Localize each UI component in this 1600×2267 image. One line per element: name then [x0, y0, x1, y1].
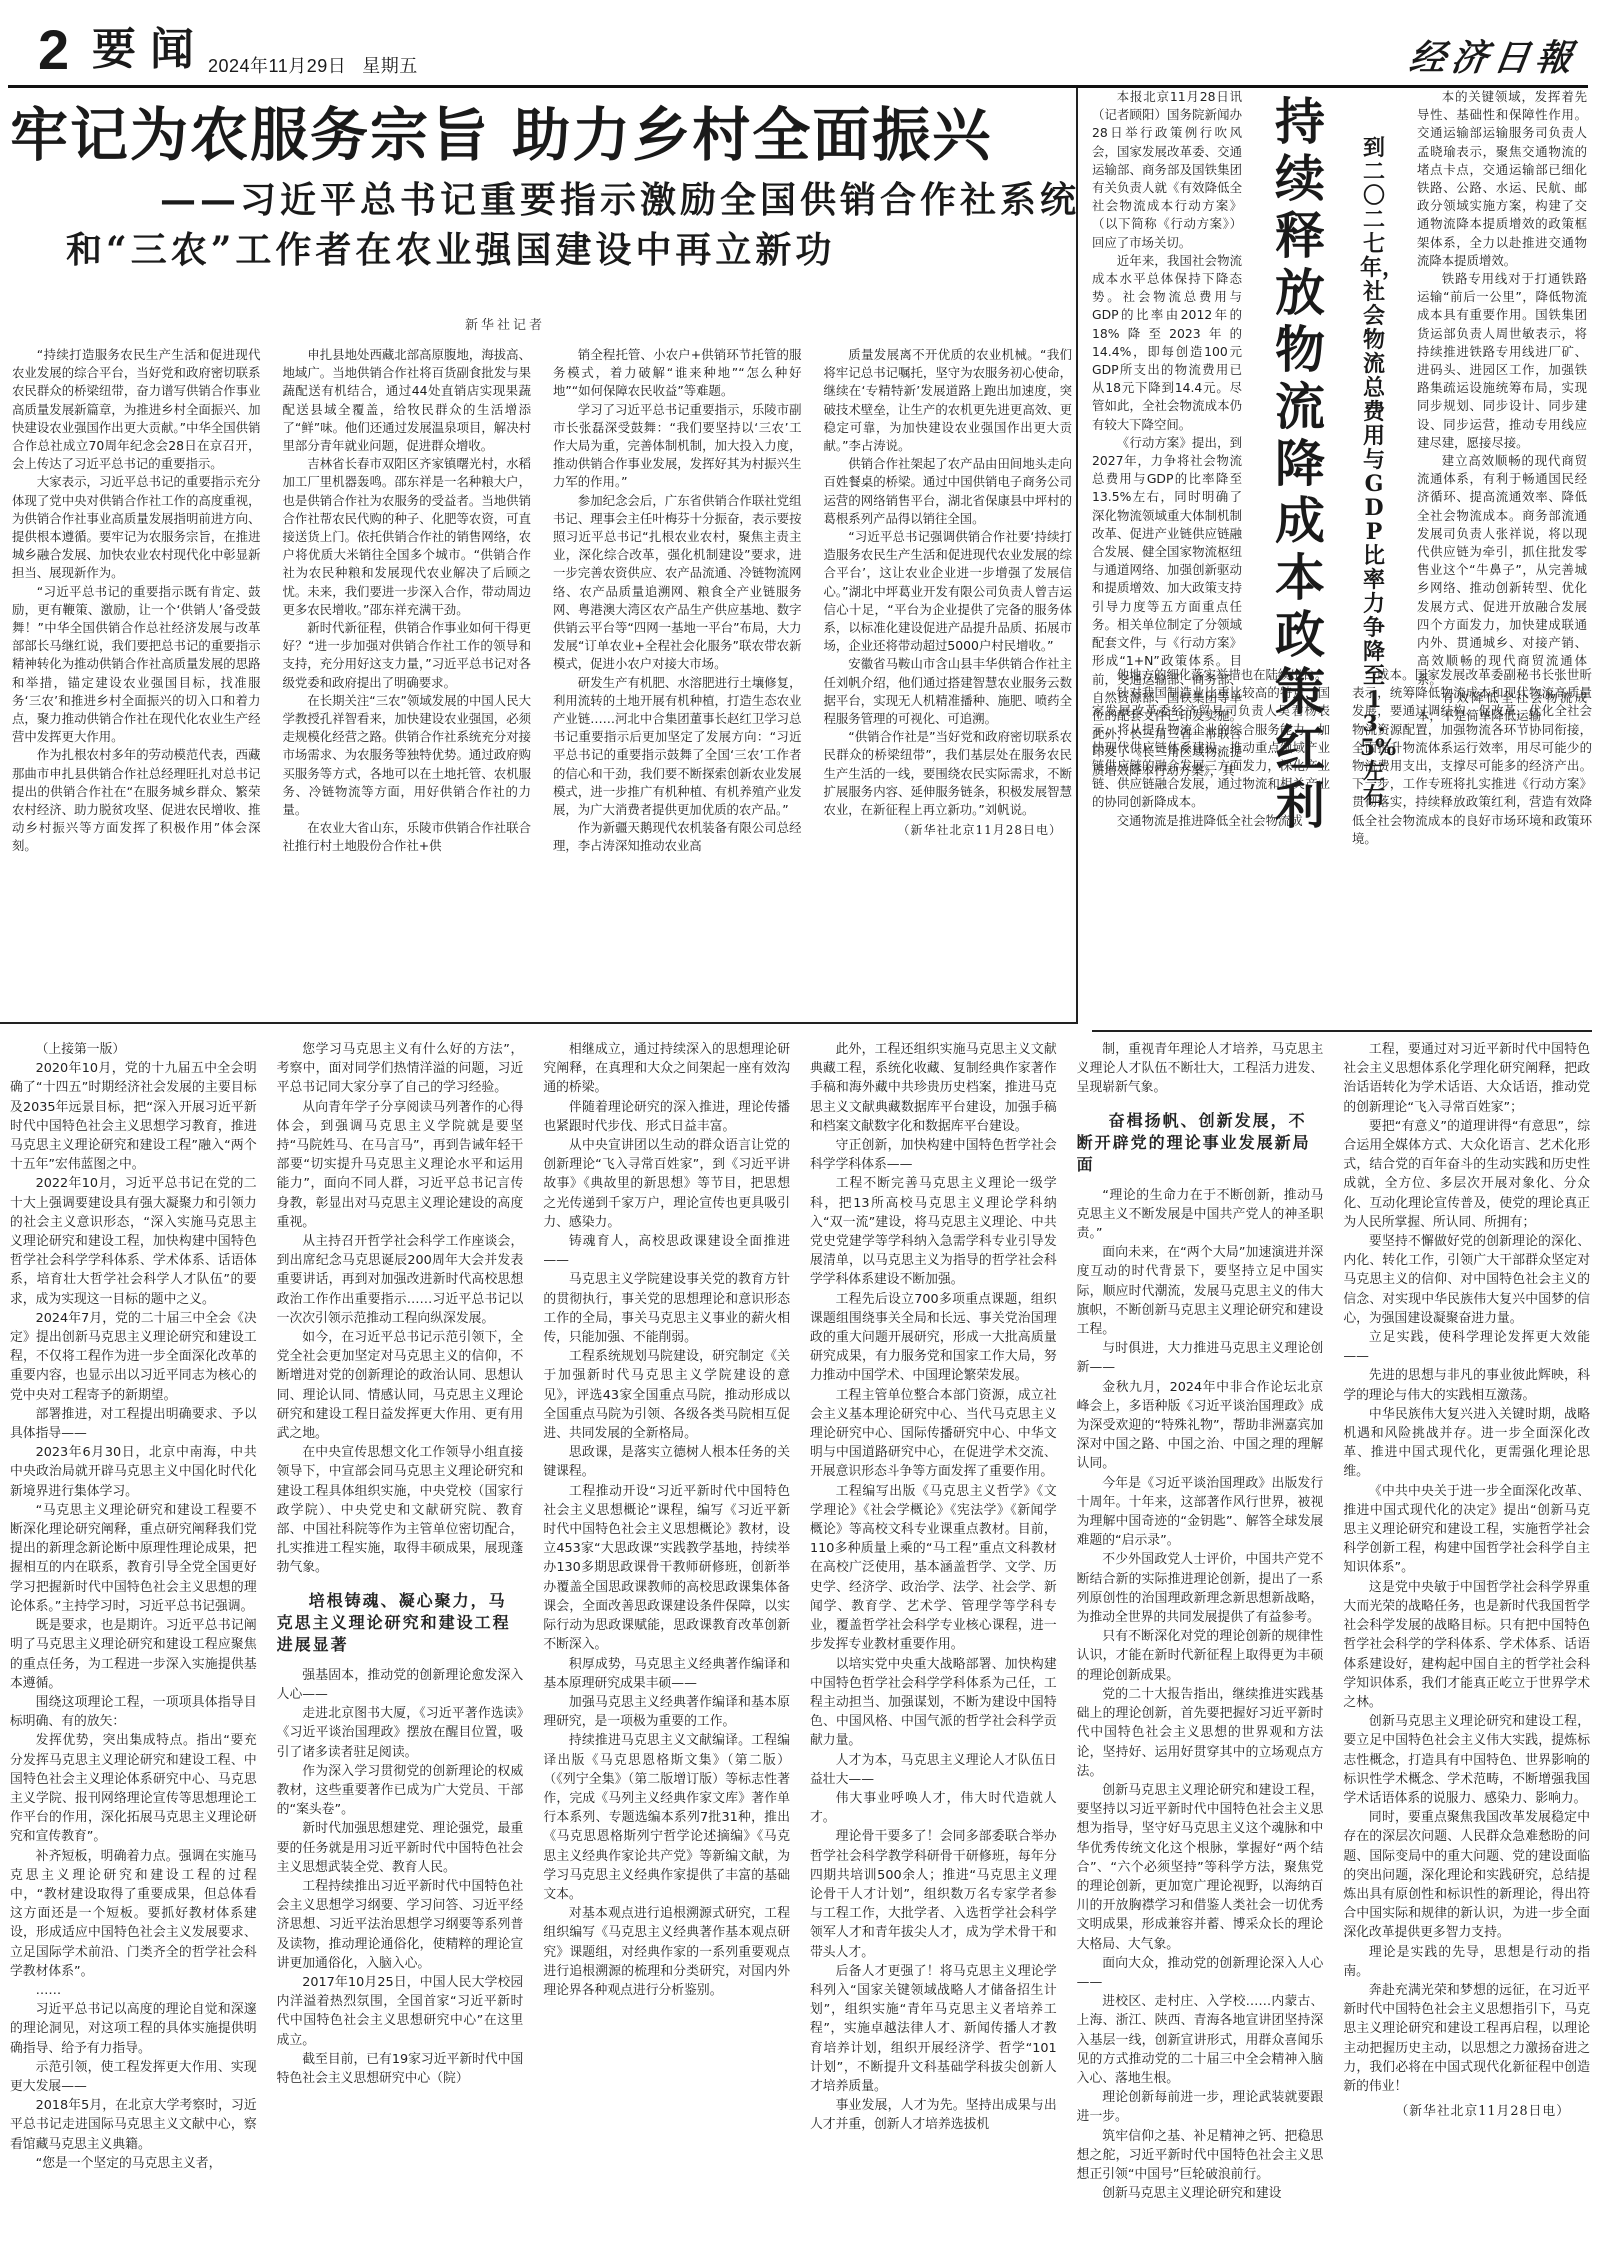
- paragraph: 工程推动开设“习近平新时代中国特色社会主义思想概论”课程，编写《习近平新时代中国…: [543, 1482, 790, 1655]
- paragraph: “您是一个坚定的马克思主义者，: [10, 2154, 257, 2173]
- top-article-signoff: （新华社北京11月28日电）: [824, 821, 1073, 839]
- side-article-bottom-left: 他地方的细化落实举措也在陆续出台。针对我国制造业比重比较高的特点，国家发展改革委…: [1092, 666, 1330, 848]
- page-number: 2: [38, 22, 69, 78]
- paragraph: 针对我国制造业比重比较高的特点，国家发展改革委经济贸易司负责人吴君杨表示，将从提…: [1092, 684, 1330, 811]
- paragraph: 此外，工程还组织实施马克思主义文献典藏工程，系统化收藏、复制经典作家著作手稿和海…: [810, 1040, 1057, 1136]
- paragraph: 质量发展离不开优质的农业机械。“我们将牢记总书记嘱托，坚守为农服务初心使命，继续…: [824, 346, 1073, 455]
- paragraph: 伴随着理论研究的深入推进，理论传播也紧跟时代步伐、形式日益丰富。: [543, 1098, 790, 1136]
- paragraph: 守正创新，加快构建中国特色哲学社会科学学科体系——: [810, 1136, 1057, 1174]
- paragraph: 部署推进，对工程提出明确要求、予以具体指导——: [10, 1405, 257, 1443]
- paragraph: “理论的生命力在于不断创新，推动马克思主义不断发展是中国共产党人的神圣职责。”: [1077, 1186, 1324, 1244]
- paragraph: 今年是《习近平谈治国理政》出版发行十周年。十年来，这部著作风行世界，被视为理解中…: [1077, 1474, 1324, 1551]
- paragraph: ……: [10, 1981, 257, 2000]
- paragraph: 创新马克思主义理论研究和建设工程，要立足中国特色社会主义伟大实践，提炼标志性概念…: [1343, 1712, 1590, 1808]
- paragraph: 奔赴充满光荣和梦想的远征，在习近平新时代中国特色社会主义思想指引下，马克思主义理…: [1343, 1981, 1590, 2096]
- paragraph: 习近平总书记以高度的理论自觉和深邃的理论洞见，对这项工程的具体实施提供明确指导、…: [10, 2000, 257, 2058]
- paragraph: 作为深入学习贯彻党的创新理论的权威教材，这些重要著作已成为广大党员、干部的“案头…: [277, 1762, 524, 1820]
- paragraph: 理论是实践的先导，思想是行动的指南。: [1343, 1943, 1590, 1981]
- paragraph: 进校区、走村庄、入学校……内蒙古、上海、浙江、陕西、青海各地宣讲团坚持深入基层一…: [1077, 1992, 1324, 2088]
- paragraph: 申扎县地处西藏北部高原腹地，海拔高、地域广。当地供销合作社将百货副食批发与果蔬配…: [283, 346, 532, 455]
- paragraph: 相继成立，通过持续深入的思想理论研究阐释，在真理和大众之间架起一座有效沟通的桥梁…: [543, 1040, 790, 1098]
- paragraph: 既是要求，也是期许。习近平总书记阐明了马克思主义理论研究和建设工程应聚焦的重点任…: [10, 1616, 257, 1693]
- lower-article-column: 制，重视青年理论人才培养，马克思主义理论人才队伍不断壮大，工程活力进发、呈现崭新…: [1077, 1040, 1324, 2262]
- top-article-subheadline-2: 和“三农”工作者在农业强国建设中再立新功: [66, 228, 835, 272]
- lower-article-column: 工程，要通过对习近平新时代中国特色社会主义思想体系化学理化研究阐释，把政治话语转…: [1343, 1040, 1590, 2262]
- top-article-column: 质量发展离不开优质的农业机械。“我们将牢记总书记嘱托，坚守为农服务初心使命，继续…: [824, 346, 1073, 986]
- lower-article: （上接第一版） 2020年10月，党的十九届五中全会明确了“十四五”时期经济社会…: [10, 1040, 1590, 2262]
- paragraph: 您学习马克思主义有什么好的方法”，考察中，面对同学们热情洋溢的问题，习近平总书记…: [277, 1040, 524, 1098]
- paragraph: 理论创新每前进一步，理论武装就要跟进一步。: [1077, 2088, 1324, 2126]
- paragraph: 工程持续推出习近平新时代中国特色社会主义思想学习纲要、学习问答、习近平经济思想、…: [277, 1877, 524, 1973]
- paragraph: 面向未来，在“两个大局”加速演进并深度互动的时代背景下，要坚持立足中国实际，顺应…: [1077, 1243, 1324, 1339]
- paragraph: 强基固本，推动党的创新理论愈发深入人心——: [277, 1666, 524, 1704]
- top-article-column: “持续打造服务农民生产生活和促进现代农业发展的综合平台，当好党和政府密切联系农民…: [12, 346, 261, 986]
- lower-article-column: 此外，工程还组织实施马克思主义文献典藏工程，系统化收藏、复制经典作家著作手稿和海…: [810, 1040, 1057, 2262]
- paragraph: 这是党中央敏于中国哲学社会科学界重大而光荣的战略任务，也是新时代我国哲学社会科学…: [1343, 1578, 1590, 1712]
- paragraph: 安徽省马鞍山市含山县丰华供销合作社主任刘帆介绍，他们通过搭建智慧农业服务云数据平…: [824, 655, 1073, 728]
- paragraph: 后备人才更强了！将马克思主义理论学科列入“国家关键领域战略人才储备招生计划”，组…: [810, 1962, 1057, 2096]
- paragraph: 建立高效顺畅的现代商贸流通体系，有利于畅通国民经济循环、提高流通效率、降低全社会…: [1417, 452, 1587, 689]
- lower-article-column: 相继成立，通过持续深入的思想理论研究阐释，在真理和大众之间架起一座有效沟通的桥梁…: [543, 1040, 790, 2262]
- paragraph: 创新马克思主义理论研究和建设: [1077, 2184, 1324, 2203]
- side-article-bottom: 他地方的细化落实举措也在陆续出台。针对我国制造业比重比较高的特点，国家发展改革委…: [1092, 666, 1592, 848]
- paragraph: 以培实党中央重大战略部署、加快构建中国特色哲学社会科学学科体系为己任，工程主动担…: [810, 1655, 1057, 1751]
- top-article-border-right: [1076, 88, 1078, 1023]
- paragraph: 交通物流是推进降低全社会物流成: [1092, 812, 1330, 830]
- paragraph: 近年来，我国社会物流成本水平总体保持下降态势。社会物流总费用与GDP的比率由20…: [1092, 252, 1242, 434]
- paragraph: 在农业大省山东，乐陵市供销合作社联合社推行村土地股份合作社+供: [283, 819, 532, 855]
- top-article-body: “持续打造服务农民生产生活和促进现代农业发展的综合平台，当好党和政府密切联系农民…: [12, 346, 1072, 986]
- paragraph: 从中央宣讲团以生动的群众语言让党的创新理论“飞入寻常百姓家”，到《习近平讲故事》…: [543, 1136, 790, 1232]
- issue-weekday: 星期五: [362, 56, 418, 76]
- top-article-headline[interactable]: 牢记为农服务宗旨 助力乡村全面振兴: [10, 100, 1070, 170]
- paragraph: 吉林省长春市双阳区齐家镇曙光村，水稻加工厂里机器轰鸣。邵东祥是一名种粮大户，也是…: [283, 455, 532, 619]
- paragraph: 工程不断完善马克思主义理论一级学科，把13所高校马克思主义理论学科纳入“双一流”…: [810, 1174, 1057, 1289]
- paragraph: 对基本观点进行追根溯源式研究，工程组织编写《马克思主义经典著作基本观点研究》课题…: [543, 1904, 790, 2000]
- paragraph: 学习了习近平总书记重要指示，乐陵市副市长张磊深受鼓舞：“我们要坚持以‘三农’工作…: [553, 401, 802, 492]
- section-name: 要闻: [92, 24, 208, 76]
- paragraph: 围绕这项理论工程，一项项具体指导目标明确、有的放矢：: [10, 1693, 257, 1731]
- paragraph: 中华民族伟大复兴进入关键时期，战略机遇和风险挑战并存。进一步全面深化改革、推进中…: [1343, 1405, 1590, 1482]
- dateline: 2024年11月29日星期五: [208, 52, 418, 78]
- paragraph: 本报北京11月28日讯（记者顾阳）国务院新闻办28日举行政策例行吹风会，国家发展…: [1092, 88, 1242, 252]
- paragraph: 先进的思想与非凡的事业彼此辉映，科学的理论与伟大的实践相互激荡。: [1343, 1366, 1590, 1404]
- side-article-bottom-right: 成本。国家发展改革委副秘书长张世昕表示，统筹降低物流成本和现代物流高质量发展，要…: [1352, 666, 1592, 848]
- paragraph: 从向青年学子分享阅读马列著作的心得体会，到强调马克思主义学院就是要坚持“马院姓马…: [277, 1098, 524, 1232]
- paragraph: 如今，在习近平总书记示范引领下，全党全社会更加坚定对马克思主义的信仰，不断增进对…: [277, 1328, 524, 1443]
- top-article-column: 申扎县地处西藏北部高原腹地，海拔高、地域广。当地供销合作社将百货副食批发与果蔬配…: [283, 346, 532, 986]
- paragraph: 面向大众，推动党的创新理论深入人心——: [1077, 1954, 1324, 1992]
- lower-article-column: （上接第一版） 2020年10月，党的十九届五中全会明确了“十四五”时期经济社会…: [10, 1040, 257, 2262]
- top-article-column-text: 质量发展离不开优质的农业机械。“我们将牢记总书记嘱托，坚守为农服务初心使命，继续…: [824, 346, 1073, 819]
- paragraph: 制，重视青年理论人才培养，马克思主义理论人才队伍不断壮大，工程活力进发、呈现崭新…: [1077, 1040, 1324, 1098]
- paragraph: 伟大事业呼唤人才，伟大时代造就人才。: [810, 1789, 1057, 1827]
- lower-article-column-text: 您学习马克思主义有什么好的方法”，考察中，面对同学们热情洋溢的问题，习近平总书记…: [277, 1040, 524, 2088]
- section-subheading: 培根铸魂、凝心聚力，马克思主义理论研究和建设工程进展显著: [277, 1590, 524, 1656]
- paragraph: 思政课，是落实立德树人根本任务的关键课程。: [543, 1443, 790, 1481]
- paragraph: 新时代新征程，供销合作事业如何干得更好？“进一步加强对供销合作社工作的领导和支持…: [283, 619, 532, 692]
- paragraph: 截至目前，已有19家习近平新时代中国特色社会主义思想研究中心（院）: [277, 2050, 524, 2088]
- paragraph: 工程编写出版《马克思主义哲学》《文学理论》《社会学概论》《宪法学》《新闻学概论》…: [810, 1482, 1057, 1655]
- paragraph: “马克思主义理论研究和建设工程要不断深化理论研究阐释，重点研究阐释我们党提出的新…: [10, 1501, 257, 1616]
- paragraph: 本的关键领域，发挥着先导性、基础性和保障性作用。交通运输部运输服务司负责人孟晓瑜…: [1417, 88, 1587, 270]
- paragraph: 补齐短板，明确着力点。强调在实施马克思主义理论研究和建设工程的过程中，“教材建设…: [10, 1847, 257, 1981]
- paragraph: 创新马克思主义理论研究和建设工程，要坚持以习近平新时代中国特色社会主义思想为指导…: [1077, 1781, 1324, 1954]
- paragraph: 他地方的细化落实举措也在陆续出台。: [1092, 666, 1330, 684]
- paragraph: 同时，要重点聚焦我国改革发展稳定中存在的深层次问题、人民群众急难愁盼的问题、国际…: [1343, 1808, 1590, 1942]
- paragraph: 销全程托管、小农户+供销环节托管的服务模式，着力破解“谁来种地”“怎么种好地”“…: [553, 346, 802, 401]
- top-article-border-bottom: [0, 1022, 1078, 1024]
- paragraph: 工程，要通过对习近平新时代中国特色社会主义思想体系化学理化研究阐释，把政治话语转…: [1343, 1040, 1590, 1117]
- paragraph: 2023年6月30日，北京中南海，中共中央政治局就开辟马克思主义中国化时代化新境…: [10, 1443, 257, 1501]
- issue-date: 2024年11月29日: [208, 56, 346, 76]
- top-article-byline: 新华社记者: [465, 314, 545, 333]
- paragraph: 2017年10月25日，中国人民大学校园内洋溢着热烈氛围，全国首家“习近平新时代…: [277, 1973, 524, 2050]
- lower-article-column: 您学习马克思主义有什么好的方法”，考察中，面对同学们热情洋溢的问题，习近平总书记…: [277, 1040, 524, 2262]
- paragraph: 只有不断深化对党的理论创新的规律性认识，才能在新时代新征程上取得更为丰硕的理论创…: [1077, 1627, 1324, 1685]
- paragraph: 铸魂育人，高校思政课建设全面推进——: [543, 1232, 790, 1270]
- paragraph: 筑牢信仰之基、补足精神之钙、把稳思想之舵，习近平新时代中国特色社会主义思想正引领…: [1077, 2127, 1324, 2185]
- top-article-column: 销全程托管、小农户+供销环节托管的服务模式，着力破解“谁来种地”“怎么种好地”“…: [553, 346, 802, 986]
- paragraph: 立足实践，使科学理论发挥更大效能——: [1343, 1328, 1590, 1366]
- paragraph: 作为扎根农村多年的劳动模范代表，西藏那曲市申扎县供销合作社总经理旺扎对总书记提出…: [12, 746, 261, 855]
- paragraph: 参加纪念会后，广东省供销合作联社党组书记、理事会主任叶梅芬十分振奋，表示要按照习…: [553, 492, 802, 674]
- paragraph: 研发生产有机肥、水溶肥进行土壤修复，利用流转的土地开展有机种植，打造生态农业产业…: [553, 674, 802, 820]
- paragraph: 成本。国家发展改革委副秘书长张世昕表示，统筹降低物流成本和现代物流高质量发展，要…: [1352, 666, 1592, 848]
- paragraph: 2024年7月，党的二十届三中全会《决定》提出创新马克思主义理论研究和建设工程，…: [10, 1309, 257, 1405]
- top-article-subheadline-1: ——习近平总书记重要指示激励全国供销合作社系统: [160, 178, 1080, 222]
- side-article-border-bottom: [1092, 1030, 1592, 1032]
- paragraph: 工程主管单位整合本部门资源，成立社会主义基本理论研究中心、当代马克思主义理论研究…: [810, 1386, 1057, 1482]
- paragraph: 与时俱进，大力推进马克思主义理论创新——: [1077, 1339, 1324, 1377]
- paragraph: 作为新疆天鹅现代农机装备有限公司总经理，李占涛深知推动农业高: [553, 819, 802, 855]
- paragraph: 人才为本，马克思主义理论人才队伍日益壮大——: [810, 1751, 1057, 1789]
- paragraph: “习近平总书记的重要指示既有肯定、鼓励，更有鞭策、激励，让一个‘供销人’备受鼓舞…: [12, 583, 261, 747]
- paragraph: “供销合作社是”当好党和政府密切联系农民群众的桥梁纽带”，我们基层处在服务农民生…: [824, 728, 1073, 819]
- paragraph: 铁路专用线对于打通铁路运输“前后一公里”，降低物流成本具有重要作用。国铁集团货运…: [1417, 270, 1587, 452]
- paragraph: 在长期关注“三农”领域发展的中国人民大学教授孔祥智看来，加快建设农业强国，必须走…: [283, 692, 532, 819]
- paragraph: 示范引领，使工程发挥更大作用、实现更大发展——: [10, 2058, 257, 2096]
- paragraph: 马克思主义学院建设事关党的教育方针的贯彻执行，事关党的思想理论和意识形态工作的全…: [543, 1270, 790, 1347]
- lower-article-column-text: 制，重视青年理论人才培养，马克思主义理论人才队伍不断壮大，工程活力进发、呈现崭新…: [1077, 1040, 1324, 2203]
- paragraph: 2022年10月，习近平总书记在党的二十大上强调要建设具有强大凝聚力和引领力的社…: [10, 1174, 257, 1308]
- paragraph: 新时代加强思想建党、理论强党，最重要的任务就是用习近平新时代中国特色社会主义思想…: [277, 1819, 524, 1877]
- paragraph: 《中共中央关于进一步全面深化改革、推进中国式现代化的决定》提出“创新马克思主义理…: [1343, 1482, 1590, 1578]
- continuation-note: （上接第一版）: [10, 1040, 257, 1059]
- paragraph: 工程先后设立700多项重点课题，组织课题组围绕事关全局和长远、事关党治国理政的重…: [810, 1290, 1057, 1386]
- paragraph: 不少外国政党人士评价，中国共产党不断结合新的实际推进理论创新，提出了一系列原创性…: [1077, 1550, 1324, 1627]
- paragraph: 工程系统规划马院建设，研究制定《关于加强新时代马克思主义学院建设的意见》，评选4…: [543, 1347, 790, 1443]
- paragraph: 走进北京图书大厦，《习近平著作选读》《习近平谈治国理政》摆放在醒目位置，吸引了诸…: [277, 1704, 524, 1762]
- side-article-right-column: 本的关键领域，发挥着先导性、基础性和保障性作用。交通运输部运输服务司负责人孟晓瑜…: [1417, 88, 1587, 725]
- paragraph: 要坚持不懈做好党的创新理论的深化、内化、转化工作，引领广大干部群众坚定对马克思主…: [1343, 1232, 1590, 1328]
- paragraph: 理论骨干要多了！会同多部委联合举办哲学社会科学教学科研骨干研修班，每年分四期共培…: [810, 1827, 1057, 1961]
- paragraph: 积厚成势，马克思主义经典著作编译和基本原理研究成果丰硕——: [543, 1655, 790, 1693]
- paragraph: 供销合作社架起了农产品由田间地头走向百姓餐桌的桥梁。通过中国供销电子商务公司运营…: [824, 455, 1073, 528]
- paragraph: 在中央宣传思想文化工作领导小组直接领导下，中宣部会同马克思主义理论研究和建设工程…: [277, 1443, 524, 1577]
- paragraph: 2020年10月，党的十九届五中全会明确了“十四五”时期经济社会发展的主要目标及…: [10, 1059, 257, 1174]
- paragraph: 从主持召开哲学社会科学工作座谈会，到出席纪念马克思诞辰200周年大会并发表重要讲…: [277, 1232, 524, 1328]
- paragraph: 要把“有意义”的道理讲得“有意思”，综合运用全媒体方式、大众化语言、艺术化形式，…: [1343, 1117, 1590, 1232]
- lower-article-column-text: 工程，要通过对习近平新时代中国特色社会主义思想体系化学理化研究阐释，把政治话语转…: [1343, 1040, 1590, 2096]
- paper-logo: 经济日報: [1406, 30, 1581, 81]
- paragraph: 发挥优势，突出集成特点。指出“要充分发挥马克思主义理论研究和建设工程、中国特色社…: [10, 1731, 257, 1846]
- paragraph: 加强马克思主义经典著作编译和基本原理研究，是一项极为重要的工作。: [543, 1693, 790, 1731]
- side-article: 本报北京11月28日讯（记者顾阳）国务院新闻办28日举行政策例行吹风会，国家发展…: [1092, 88, 1592, 1023]
- paragraph: 党的二十大报告指出，继续推进实践基础上的理论创新，首先要把握好习近平新时代中国特…: [1077, 1685, 1324, 1781]
- paragraph: “持续打造服务农民生产生活和促进现代农业发展的综合平台，当好党和政府密切联系农民…: [12, 346, 261, 473]
- paragraph: 2018年5月，在北京大学考察时，习近平总书记走进国际马克思主义文献中心，察看馆…: [10, 2096, 257, 2154]
- paragraph: 大家表示，习近平总书记的重要指示充分体现了党中央对供销合作社工作的高度重视，为供…: [12, 473, 261, 582]
- paragraph: 金秋九月，2024年中非合作论坛北京峰会上，多语种版《习近平谈治国理政》成为深受…: [1077, 1378, 1324, 1474]
- top-article: 牢记为农服务宗旨 助力乡村全面振兴 ——习近平总书记重要指示激励全国供销合作社系…: [0, 88, 1080, 1028]
- paragraph: “习近平总书记强调供销合作社要‘持续打造服务农民生产生活和促进现代农业发展的综合…: [824, 528, 1073, 655]
- paragraph: 持续推进马克思主义文献编译。工程编译出版《马克思恩格斯文集》（第二版）（《列宁全…: [543, 1731, 790, 1904]
- section-subheading: 奋楫扬帆、创新发展，不断开辟党的理论事业发展新局面: [1077, 1110, 1324, 1176]
- masthead: 2 要闻 2024年11月29日星期五 经济日報: [0, 0, 1600, 88]
- lower-article-column-text: 2020年10月，党的十九届五中全会明确了“十四五”时期经济社会发展的主要目标及…: [10, 1059, 257, 2173]
- paragraph: 事业发展，人才为先。坚持出成果与出人才并重，创新人才培养选拔机: [810, 2096, 1057, 2134]
- lower-article-signoff: （新华社北京11月28日电）: [1343, 2102, 1590, 2121]
